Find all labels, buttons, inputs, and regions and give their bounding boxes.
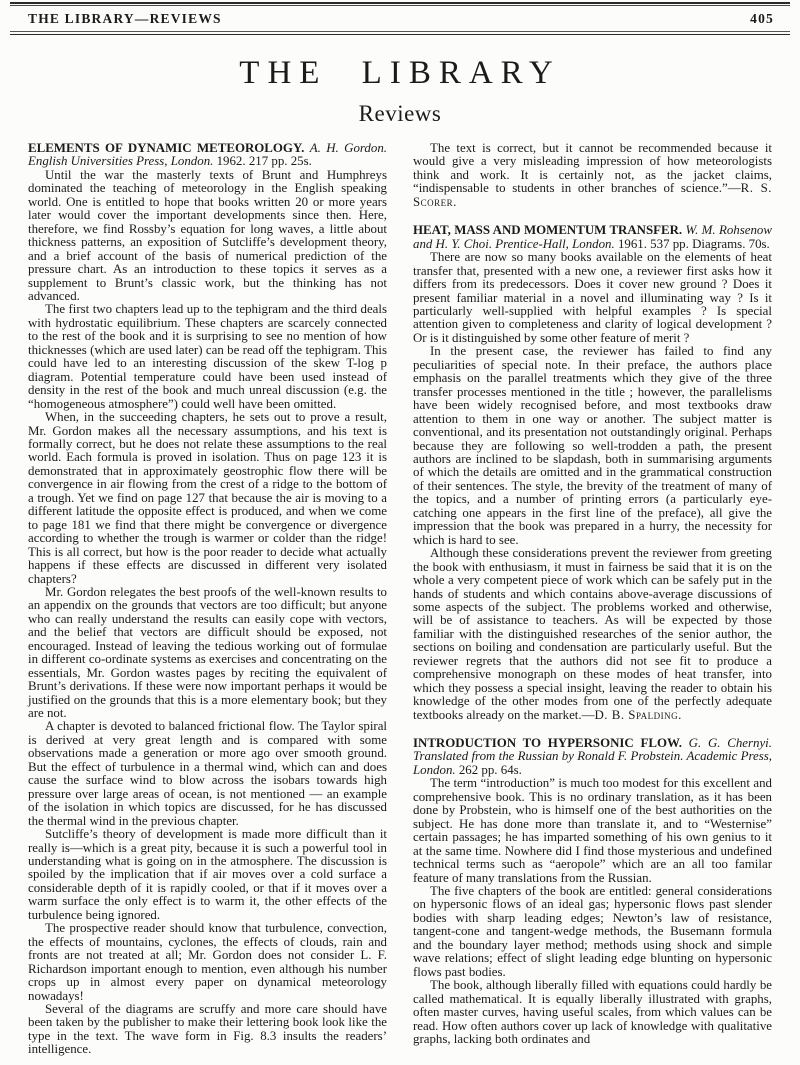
review-paragraph: When, in the succeeding chapters, he set… (28, 411, 387, 586)
text-columns: ELEMENTS OF DYNAMIC METEOROLOGY. A. H. G… (0, 142, 800, 1057)
review-closing-text: Although these considerations prevent th… (413, 546, 772, 721)
review-paragraph: The prospective reader should know that … (28, 922, 387, 1003)
review-paragraph: The term “introduction” is much too mode… (413, 777, 772, 885)
journal-page-scan: THE LIBRARY—REVIEWS 405 THE LIBRARY Revi… (0, 0, 800, 1065)
review-paragraph: Several of the diagrams are scruffy and … (28, 1003, 387, 1057)
book-title: HEAT, MASS AND MOMENTUM TRANSFER. (413, 223, 682, 237)
review-closing-text: The text is correct, but it cannot be re… (413, 141, 772, 195)
review-paragraph: The text is correct, but it cannot be re… (413, 142, 772, 209)
review-paragraph: A chapter is devoted to balanced frictio… (28, 720, 387, 828)
book-details: 262 pp. 64s. (459, 763, 522, 777)
right-column: The text is correct, but it cannot be re… (413, 142, 772, 1057)
review-elements-continuation: The text is correct, but it cannot be re… (413, 142, 772, 209)
review-paragraph: Although these considerations prevent th… (413, 547, 772, 722)
running-title: THE LIBRARY—REVIEWS (28, 11, 222, 27)
review-paragraph: The book, although liberally filled with… (413, 979, 772, 1046)
masthead: THE LIBRARY Reviews (0, 55, 800, 127)
review-paragraph: Mr. Gordon relegates the best proofs of … (28, 586, 387, 721)
header-rule-bottom (10, 31, 790, 35)
book-title: INTRODUCTION TO HYPERSONIC FLOW. (413, 736, 682, 750)
book-details: 1961. 537 pp. Diagrams. 70s. (618, 237, 770, 251)
page-number: 405 (750, 11, 774, 27)
section-subtitle: Reviews (0, 101, 800, 127)
left-column: ELEMENTS OF DYNAMIC METEOROLOGY. A. H. G… (28, 142, 387, 1057)
review-introduction-to-hypersonic-flow: INTRODUCTION TO HYPERSONIC FLOW. G. G. C… (413, 737, 772, 1046)
reviewer-signature: D. B. Spalding. (595, 708, 682, 722)
review-paragraph: Until the war the masterly texts of Brun… (28, 169, 387, 304)
review-paragraph: The five chapters of the book are entitl… (413, 885, 772, 979)
review-heading: INTRODUCTION TO HYPERSONIC FLOW. G. G. C… (413, 737, 772, 777)
journal-title: THE LIBRARY (0, 55, 800, 92)
book-title: ELEMENTS OF DYNAMIC METEOROLOGY. (28, 141, 304, 155)
review-heat-mass-and-momentum-transfer: HEAT, MASS AND MOMENTUM TRANSFER. W. M. … (413, 224, 772, 722)
book-details: 1962. 217 pp. 25s. (217, 154, 312, 168)
review-paragraph: In the present case, the reviewer has fa… (413, 345, 772, 547)
review-paragraph: The first two chapters lead up to the te… (28, 303, 387, 411)
review-heading: HEAT, MASS AND MOMENTUM TRANSFER. W. M. … (413, 224, 772, 251)
review-paragraph: Sutcliffe’s theory of development is mad… (28, 828, 387, 922)
review-heading: ELEMENTS OF DYNAMIC METEOROLOGY. A. H. G… (28, 142, 387, 169)
review-elements-of-dynamic-meteorology: ELEMENTS OF DYNAMIC METEOROLOGY. A. H. G… (28, 142, 387, 1057)
page-header: THE LIBRARY—REVIEWS 405 (0, 6, 800, 31)
review-paragraph: There are now so many books available on… (413, 251, 772, 345)
